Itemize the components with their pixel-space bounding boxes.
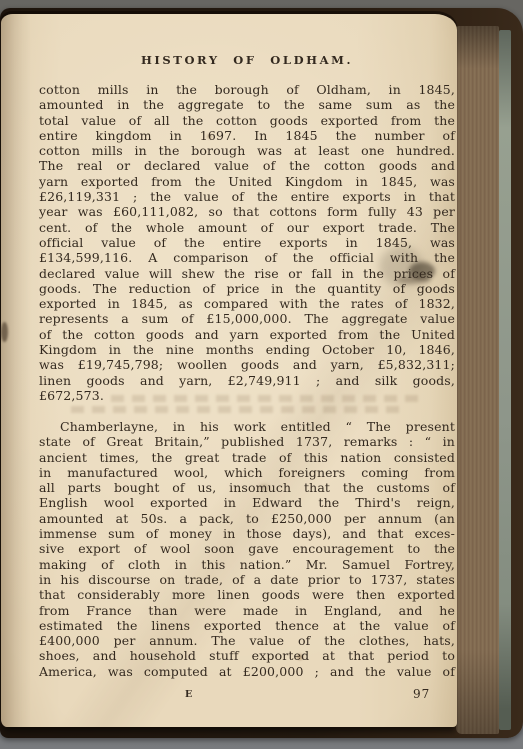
page-edge-fleck bbox=[1, 322, 8, 342]
text-line: immense sum of money in those days), and… bbox=[39, 526, 455, 541]
text-line: declared value will shew the rise or fal… bbox=[39, 266, 455, 281]
text-line: English wool exported in Edward the Thir… bbox=[39, 495, 455, 510]
text-line: £26,119,331 ; the value of the entire ex… bbox=[39, 189, 455, 204]
text-line: of the cotton goods and yarn exported fr… bbox=[39, 327, 455, 342]
text-line: year was £60,111,082, so that cottons fo… bbox=[39, 204, 455, 219]
text-line: official value of the entire exports in … bbox=[39, 235, 455, 250]
book-endpaper-edge bbox=[499, 30, 511, 730]
text-line: cotton mills in the borough was at least… bbox=[39, 143, 455, 158]
paragraph-2: Chamberlayne, in his work entitled “ The… bbox=[39, 419, 455, 679]
running-header: HISTORY OF OLDHAM. bbox=[39, 53, 455, 67]
text-line: all parts bought of us, insomuch that th… bbox=[39, 480, 455, 495]
text-line: £400,000 per annum. The value of the clo… bbox=[39, 633, 455, 648]
text-line: in manufactured wool, which foreigners c… bbox=[39, 465, 455, 480]
text-line: entire kingdom in 1697. In 1845 the numb… bbox=[39, 128, 455, 143]
text-line: state of Great Britain,” published 1737,… bbox=[39, 434, 455, 449]
text-line: making of cloth in this nation.” Mr. Sam… bbox=[39, 557, 455, 572]
text-line: estimated the linens exported thence at … bbox=[39, 618, 455, 633]
text-line: Kingdom in the nine months ending Octobe… bbox=[39, 342, 455, 357]
photo-backdrop: HISTORY OF OLDHAM. cotton mills in the b… bbox=[0, 0, 523, 749]
paragraph-1: cotton mills in the borough of Oldham, i… bbox=[39, 82, 455, 403]
signature-mark: E bbox=[185, 689, 193, 700]
text-line: yarn exported from the United Kingdom in… bbox=[39, 174, 455, 189]
text-line: ancient times, the great trade of this n… bbox=[39, 450, 455, 465]
text-line: The real or declared value of the cotton… bbox=[39, 158, 455, 173]
text-line: linen goods and yarn, £2,749,911 ; and s… bbox=[39, 373, 455, 388]
text-line: that considerably more linen goods were … bbox=[39, 587, 455, 602]
text-line: cotton mills in the borough of Oldham, i… bbox=[39, 82, 455, 97]
text-line: America, was computed at £200,000 ; and … bbox=[39, 664, 455, 679]
text-line: Chamberlayne, in his work entitled “ The… bbox=[39, 419, 455, 434]
text-line: £672,573. bbox=[39, 388, 455, 403]
text-line: amounted at 50s. a pack, to £250,000 per… bbox=[39, 511, 455, 526]
text-line: £134,599,116. A comparison of the offici… bbox=[39, 250, 455, 265]
book-fore-edge-pages bbox=[456, 26, 499, 734]
page-footer: E 97 bbox=[39, 687, 455, 703]
text-line: cent. of the whole amount of our export … bbox=[39, 220, 455, 235]
text-line: sive export of wool soon gave encouragem… bbox=[39, 541, 455, 556]
text-line: goods. The reduction of price in the qua… bbox=[39, 281, 455, 296]
text-line: from France than were made in England, a… bbox=[39, 603, 455, 618]
text-line: amounted in the aggregate to the same su… bbox=[39, 97, 455, 112]
text-line: total value of all the cotton goods expo… bbox=[39, 113, 455, 128]
book-page: HISTORY OF OLDHAM. cotton mills in the b… bbox=[1, 14, 457, 727]
text-line: shoes, and household stuff exported at t… bbox=[39, 648, 455, 663]
show-through-ghost-text bbox=[71, 406, 401, 413]
text-line: was £19,745,798; woollen goods and yarn,… bbox=[39, 357, 455, 372]
text-line: in his discourse on trade, of a date pri… bbox=[39, 572, 455, 587]
page-number: 97 bbox=[413, 687, 430, 701]
text-line: represents a sum of £15,000,000. The agg… bbox=[39, 311, 455, 326]
text-line: exported in 1845, as compared with the r… bbox=[39, 296, 455, 311]
